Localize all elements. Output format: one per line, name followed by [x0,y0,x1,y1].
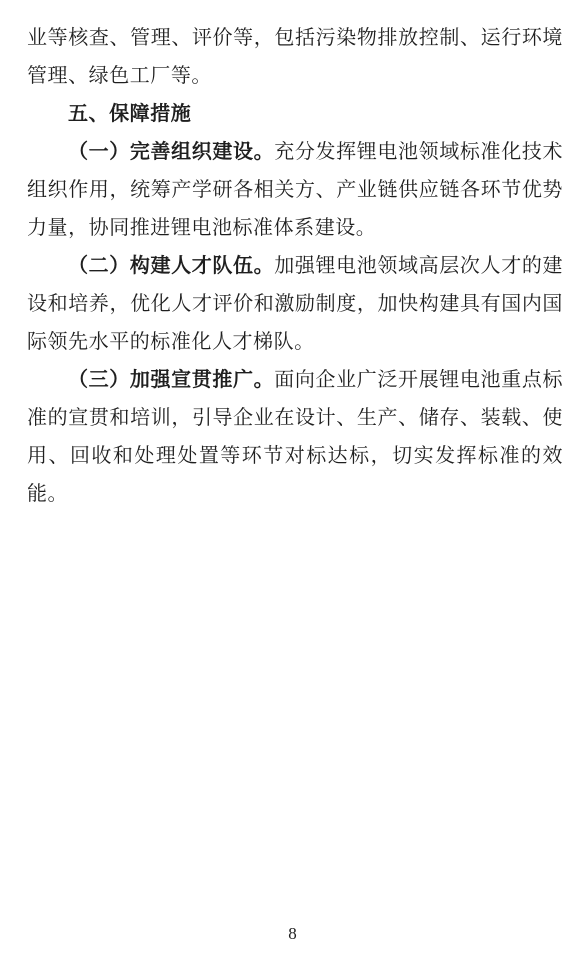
paragraph-lead: （三）加强宣贯推广。 [68,369,274,391]
paragraph-continuation: 业等核查、管理、评价等，包括污染物排放控制、运行环境管理、绿色工厂等。 [27,19,563,95]
section-heading: 五、保障措施 [27,95,563,133]
paragraph-text: 业等核查、管理、评价等，包括污染物排放控制、运行环境管理、绿色工厂等。 [27,27,563,87]
paragraph: （一）完善组织建设。充分发挥锂电池领域标准化技术组织作用，统筹产学研各相关方、产… [27,133,563,247]
paragraph: （三）加强宣贯推广。面向企业广泛开展锂电池重点标准的宣贯和培训，引导企业在设计、… [27,361,563,513]
section-heading-text: 五、保障措施 [68,103,191,125]
paragraph-lead: （二）构建人才队伍。 [68,255,274,277]
page-number: 8 [0,925,585,942]
paragraph-lead: （一）完善组织建设。 [68,141,274,163]
document-content: 业等核查、管理、评价等，包括污染物排放控制、运行环境管理、绿色工厂等。 五、保障… [27,19,563,513]
paragraph: （二）构建人才队伍。加强锂电池领域高层次人才的建设和培养，优化人才评价和激励制度… [27,247,563,361]
document-page: 业等核查、管理、评价等，包括污染物排放控制、运行环境管理、绿色工厂等。 五、保障… [0,0,585,955]
